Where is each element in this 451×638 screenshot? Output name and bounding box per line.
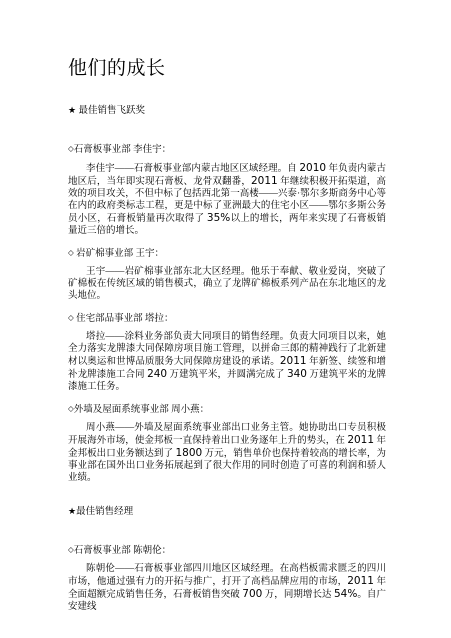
entry-heading: ◇石膏板事业部 李佳宇： [68,143,386,156]
numeric-value: 54% [334,588,357,600]
award-heading: ★ 最佳销售飞跃奖 [68,105,386,117]
numeric-value: 2011 [280,355,307,367]
entry-body: 陈朝伦——石膏板事业部四川地区区域经理。在高档板需求匮乏的四川市场，他通过强有力… [68,563,386,613]
numeric-value: 340 [287,368,307,380]
award-label: 最佳销售经理 [76,507,133,517]
entry-body: 塔拉——涂料业务部负责大同项目的销售经理。负责大同项目以来，她全力落实龙牌漆大同… [68,331,386,393]
numeric-value: 1800 [175,447,202,459]
entry-body: 王宇——岩矿棉事业部东北大区经理。他乐于奉献、敬业爱岗，突破了矿棉板在传统区域的… [68,266,386,302]
numeric-value: 240 [147,368,167,380]
award-heading: ★最佳销售经理 [68,506,386,518]
entry-body: 李佳宇——石膏板事业部内蒙古地区区域经理。自 2010 年负责内蒙古地区后，当年… [68,162,386,237]
document-page[interactable]: 他们的成长 ★ 最佳销售飞跃奖 ◇石膏板事业部 李佳宇： 李佳宇——石膏板事业部… [0,0,451,638]
entry-heading: ◇ 住宅部品事业部 塔拉： [68,312,386,325]
entry-heading-label: 岩矿棉事业部 王宇： [74,249,164,259]
star-icon: ★ [68,507,76,517]
entry-heading-label: 外墙及屋面系统事业部 周小燕： [74,405,209,415]
entry-body: 周小燕——外墙及屋面系统事业部出口业务主管。她协助出口专员积极开展海外市场，使金… [68,422,386,484]
numeric-value: 700 [242,588,262,600]
award-label: 最佳销售飞跃奖 [76,106,145,116]
entry-heading-label: 石膏板事业部 李佳宇： [74,145,171,155]
numeric-value: 2011 [347,434,374,446]
entry-heading-label: 住宅部品事业部 塔拉： [74,314,174,324]
numeric-value: 35% [207,212,230,224]
numeric-value: 2011 [251,175,278,187]
entry-heading: ◇石膏板事业部 陈朝伦： [68,544,386,557]
document-body: ★ 最佳销售飞跃奖 ◇石膏板事业部 李佳宇： 李佳宇——石膏板事业部内蒙古地区区… [68,105,386,613]
numeric-value: 2010 [299,162,326,174]
numeric-value: 2011 [347,575,374,587]
entry-heading: ◇外墙及屋面系统事业部 周小燕： [68,403,386,416]
page-title: 他们的成长 [68,57,386,80]
star-icon: ★ [68,106,76,116]
entry-heading-label: 石膏板事业部 陈朝伦： [74,546,171,556]
entry-heading: ◇ 岩矿棉事业部 王宇： [68,247,386,260]
